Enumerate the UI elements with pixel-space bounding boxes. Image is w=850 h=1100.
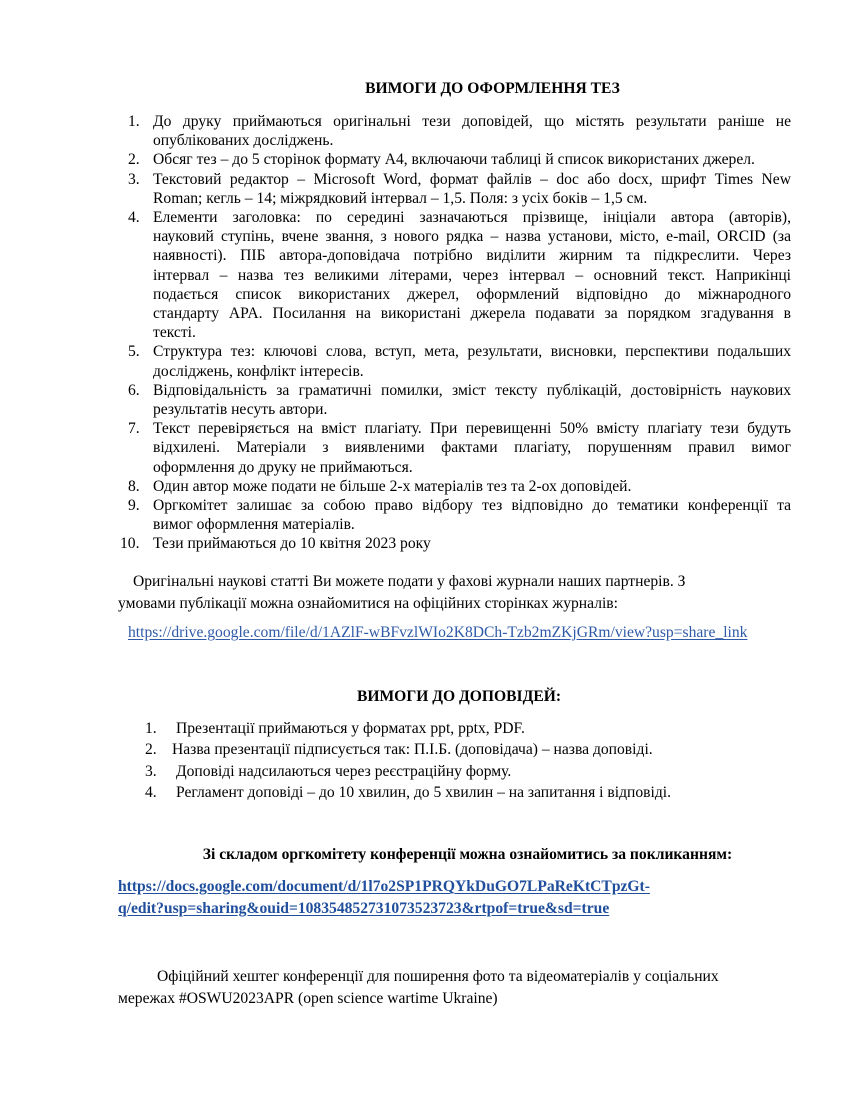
list-item-number: 1. (120, 719, 176, 740)
list-item-text: Регламент доповіді – до 10 хвилин, до 5 … (176, 783, 671, 804)
list-item-text: Доповіді надсилаються через реєстраційну… (176, 762, 511, 783)
hashtag-paragraph-line-1: Офіційний хештег конференції для поширен… (157, 967, 719, 986)
list-item-number: 2. (120, 740, 176, 761)
hashtag-paragraph-line-2: мережах #OSWU2023APR (open science warti… (118, 989, 498, 1008)
theses-requirements-list: 1. До друку приймаються оригінальні тези… (120, 112, 791, 554)
list-item-text: Текст перевіряється на вміст плагіату. П… (153, 419, 791, 477)
list-item-text: Обсяг тез – до 5 сторінок формату А4, вк… (153, 150, 791, 169)
orgcommittee-link-line-1: https://docs.google.com/document/d/1l7o2… (118, 876, 738, 898)
list-item-number: 6. (120, 381, 153, 419)
talks-requirements-heading: ВИМОГИ ДО ДОПОВІДЕЙ: (0, 687, 850, 706)
list-item-number: 4. (120, 783, 176, 804)
list-item-number: 5. (120, 342, 153, 380)
list-item: 4. Елементи заголовка: по середині зазна… (120, 208, 791, 342)
partners-journals-link[interactable]: https://drive.google.com/file/d/1AZlF-wB… (128, 623, 747, 642)
orgcommittee-link-line-2: q/edit?usp=sharing&ouid=1083548527310735… (118, 898, 738, 920)
list-item: 10. Тези приймаються до 10 квітня 2023 р… (120, 534, 791, 553)
list-item-number: 7. (120, 419, 153, 477)
orgcommittee-link[interactable]: https://docs.google.com/document/d/1l7o2… (118, 876, 738, 919)
partners-paragraph-line-2: умовами публікації можна ознайомитися на… (118, 594, 618, 613)
list-item-number: 4. (120, 208, 153, 342)
list-item-text: Оргкомітет залишає за собою право відбор… (153, 496, 791, 534)
list-item: 3. Текстовий редактор – Microsoft Word, … (120, 170, 791, 208)
list-item-number: 3. (120, 762, 176, 783)
document-page: ВИМОГИ ДО ОФОРМЛЕННЯ ТЕЗ 1. До друку при… (0, 0, 850, 1100)
list-item: 6. Відповідальність за граматичні помилк… (120, 381, 791, 419)
list-item: 8. Один автор може подати не більше 2-х … (120, 477, 791, 496)
orgcommittee-heading: Зі складом оргкомітету конференції можна… (0, 845, 850, 864)
list-item-text: Відповідальність за граматичні помилки, … (153, 381, 791, 419)
list-item: 3. Доповіді надсилаються через реєстраці… (120, 762, 780, 783)
talks-requirements-list: 1. Презентації приймаються у форматах pp… (120, 719, 780, 804)
list-item-text: Тези приймаються до 10 квітня 2023 року (153, 534, 791, 553)
list-item-text: Презентації приймаються у форматах ppt, … (176, 719, 525, 740)
list-item-number: 1. (120, 112, 153, 150)
list-item: 5. Структура тез: ключові слова, вступ, … (120, 342, 791, 380)
list-item-number: 9. (120, 496, 153, 534)
list-item-number: 3. (120, 170, 153, 208)
list-item-text: Структура тез: ключові слова, вступ, мет… (153, 342, 791, 380)
list-item-text: Один автор може подати не більше 2-х мат… (153, 477, 791, 496)
list-item: 2. Назва презентації підписується так: П… (120, 740, 780, 761)
list-item-number: 2. (120, 150, 153, 169)
list-item: 7. Текст перевіряється на вміст плагіату… (120, 419, 791, 477)
list-item: 4. Регламент доповіді – до 10 хвилин, до… (120, 783, 780, 804)
list-item: 2. Обсяг тез – до 5 сторінок формату А4,… (120, 150, 791, 169)
list-item: 1. Презентації приймаються у форматах pp… (120, 719, 780, 740)
list-item-text: Назва презентації підписується так: П.І.… (172, 740, 653, 761)
list-item: 9. Оргкомітет залишає за собою право від… (120, 496, 791, 534)
list-item-text: Текстовий редактор – Microsoft Word, фор… (153, 170, 791, 208)
list-item-text: До друку приймаються оригінальні тези до… (153, 112, 791, 150)
partners-paragraph-line-1: Оригінальні наукові статті Ви можете под… (133, 572, 685, 591)
list-item-number: 8. (120, 477, 153, 496)
list-item: 1. До друку приймаються оригінальні тези… (120, 112, 791, 150)
list-item-text: Елементи заголовка: по середині зазначаю… (153, 208, 791, 342)
list-item-number: 10. (120, 534, 153, 553)
theses-requirements-heading: ВИМОГИ ДО ОФОРМЛЕННЯ ТЕЗ (0, 79, 850, 98)
